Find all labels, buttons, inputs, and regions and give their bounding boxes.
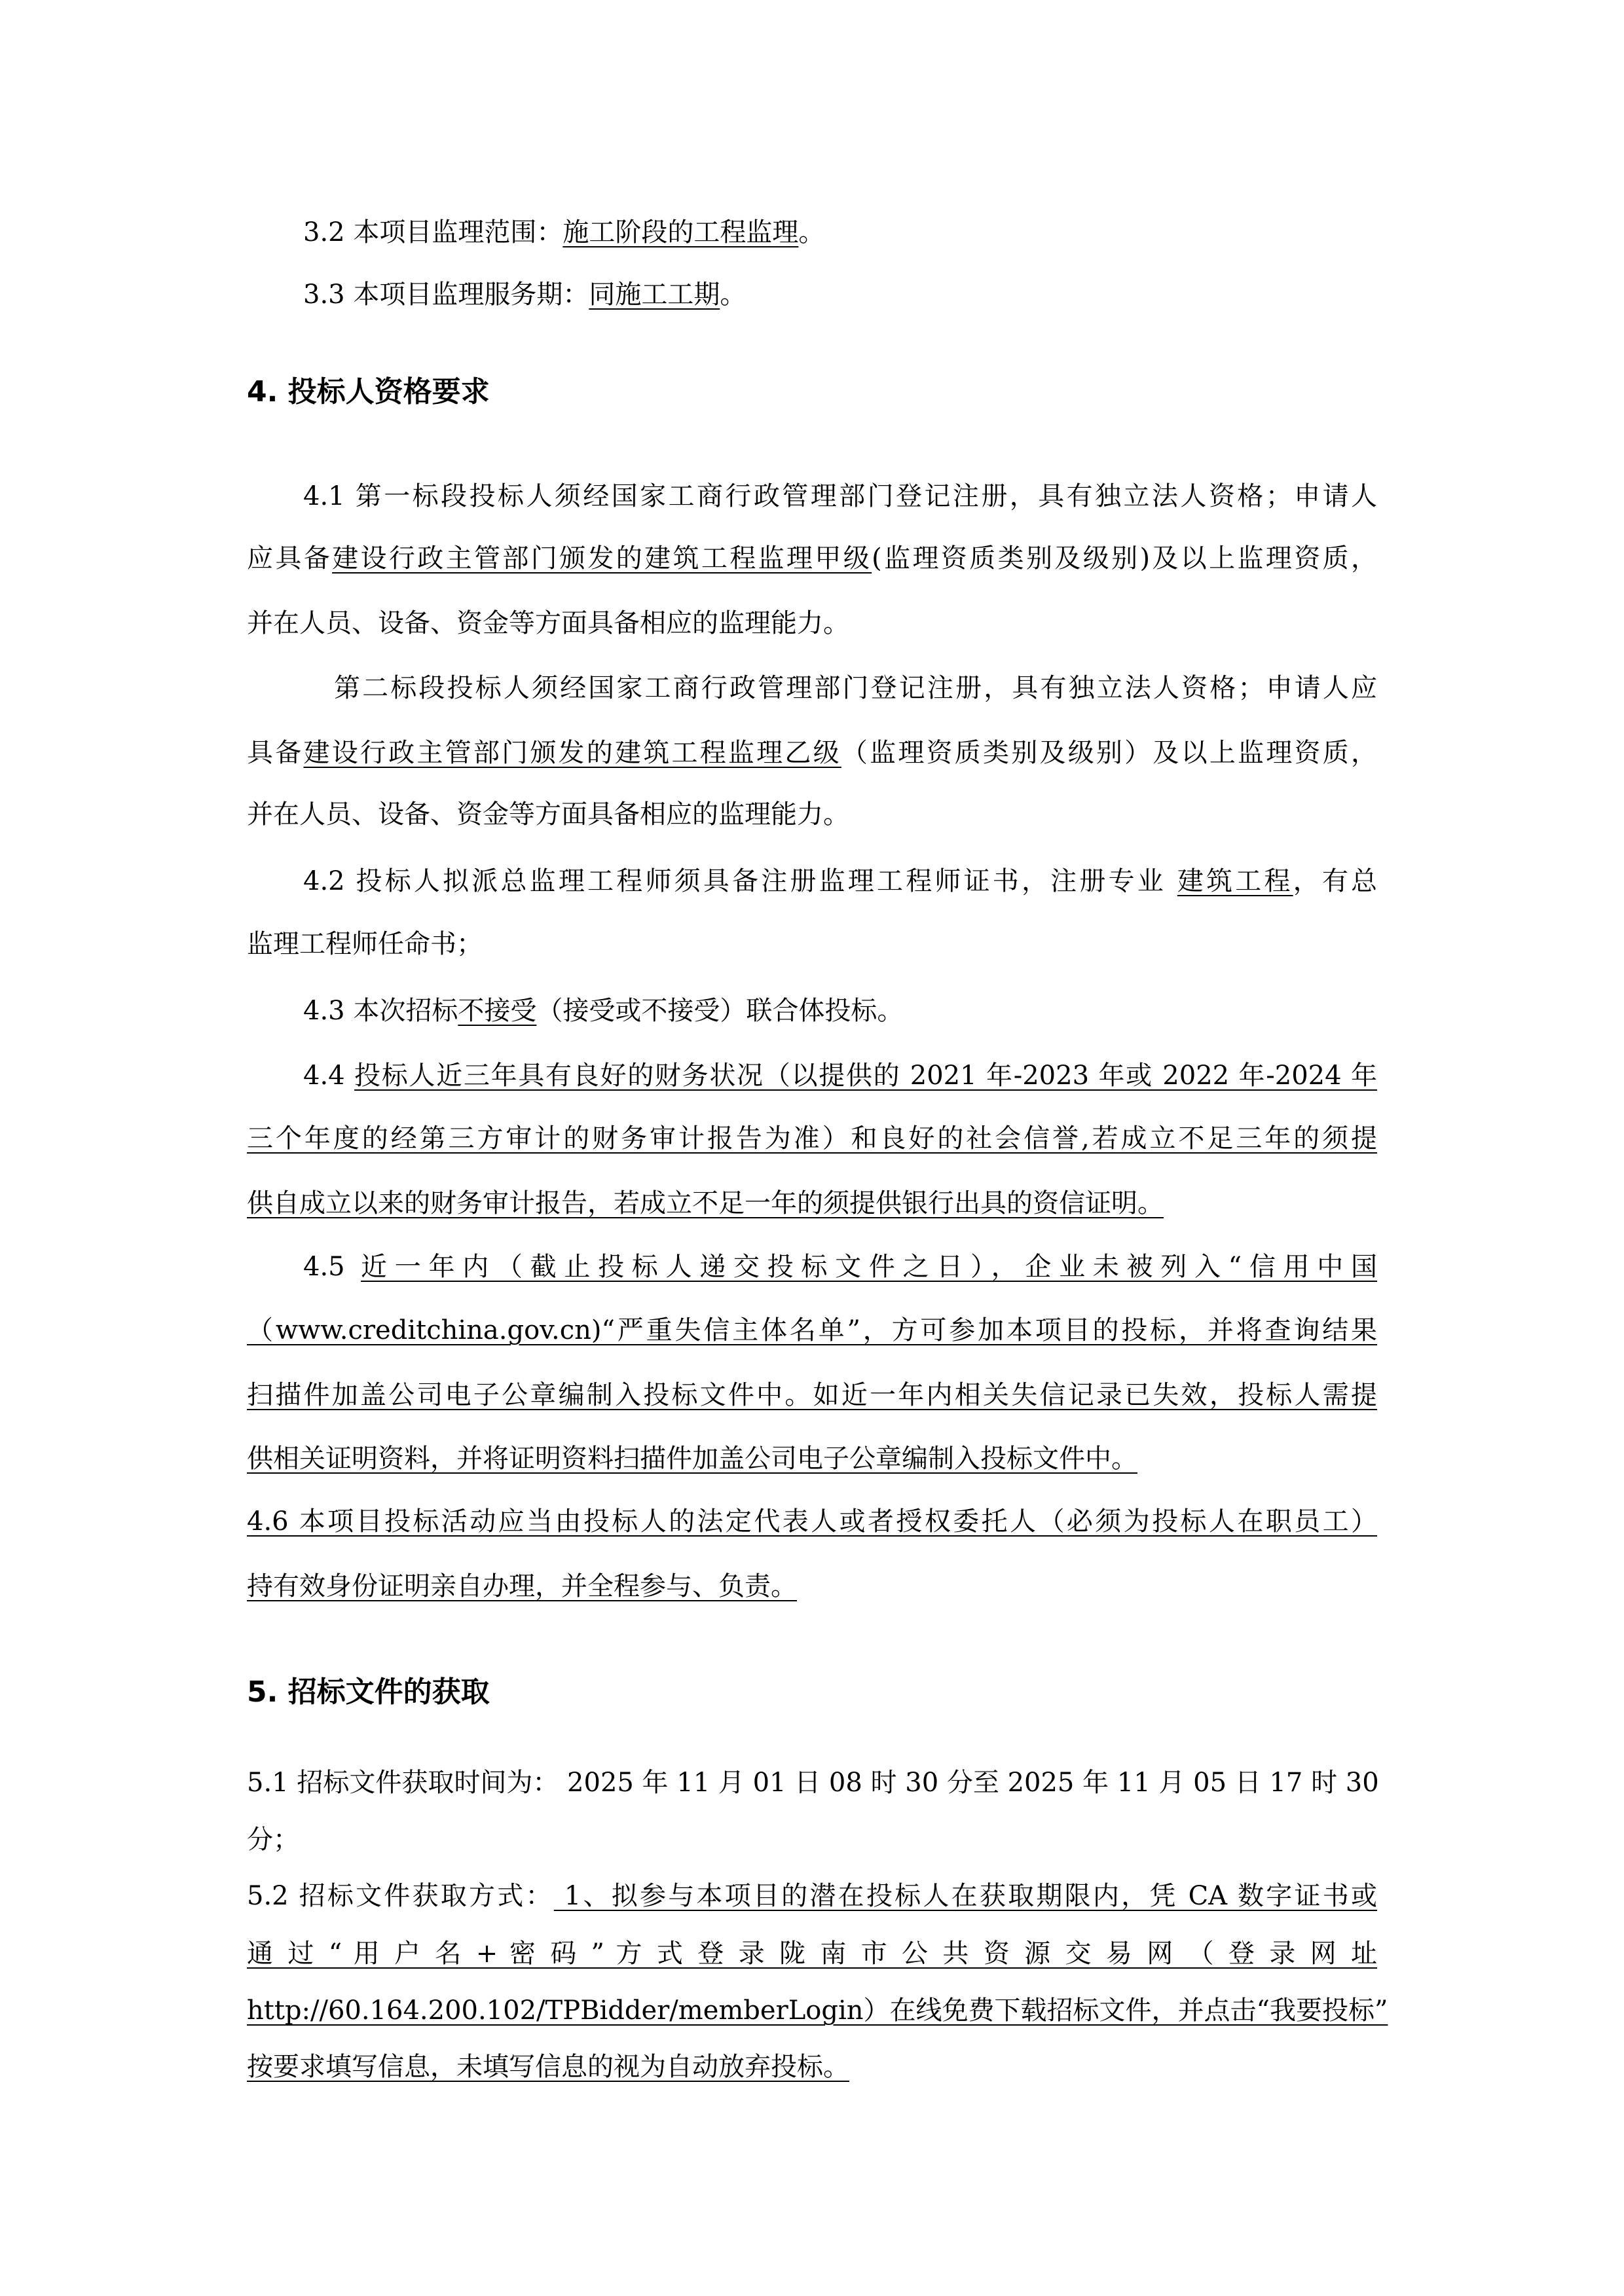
item-4-6-line-2: 持有效身份证明亲自办理，并全程参与、负责。: [247, 1567, 1377, 1606]
item-5-2-line-4: 按要求填写信息，未填写信息的视为自动放弃投标。: [247, 2047, 1377, 2086]
item-4-6-line-1: 4.6 本项目投标活动应当由投标人的法定代表人或者授权委托人（必须为投标人在职员…: [247, 1502, 1377, 1541]
item-4-1-line-6: 并在人员、设备、资金等方面具备相应的监理能力。: [247, 795, 1377, 834]
item-5-2-line-3-login-url[interactable]: http://60.164.200.102/TPBidder/memberLog…: [247, 1991, 1377, 2030]
item-5-1-line-2: 分；: [247, 1820, 1377, 1859]
item-4-2-line-2: 监理工程师任命书；: [247, 924, 1377, 964]
item-5-2-line-2: 通 过 “ 用 户 名 + 密 码 ” 方 式 登 录 陇 南 市 公 共 资 …: [247, 1934, 1377, 1973]
item-3-3-suffix: 。: [720, 280, 746, 310]
item-4-1-line-5-suffix: （监理资质类别及级别）及以上监理资质，: [841, 738, 1377, 768]
item-4-4-text-1: 投标人近三年具有良好的财务状况（以提供的 2021 年-2023 年或 2022…: [354, 1061, 1377, 1091]
item-4-1-qualification-2: 建设行政主管部门颁发的建筑工程监理乙级: [303, 738, 841, 768]
item-4-3: 4.3 本次招标不接受（接受或不接受）联合体投标。: [303, 991, 1377, 1030]
item-5-2-label: 5.2 招标文件获取方式：: [247, 1881, 554, 1911]
item-4-5-line-4: 供相关证明资料，并将证明资料扫描件加盖公司电子公章编制入投标文件中。: [247, 1439, 1377, 1478]
item-4-2-specialty: 建筑工程: [1177, 866, 1293, 896]
item-4-4-label: 4.4: [303, 1061, 354, 1091]
item-4-3-suffix: （接受或不接受）联合体投标。: [536, 996, 903, 1026]
item-4-2-line-1: 4.2 投标人拟派总监理工程师须具备注册监理工程师证书，注册专业 建筑工程，有总: [303, 862, 1377, 901]
item-3-2-label: 3.2 本项目监理范围：: [303, 217, 563, 247]
item-5-1-line-1: 5.1 招标文件获取时间为： 2025 年 11 月 01 日 08 时 30 …: [247, 1763, 1377, 1802]
item-5-2-text-1: 1、拟参与本项目的潜在投标人在获取期限内，凭 CA 数字证书或: [554, 1881, 1377, 1911]
section-5-heading: 5. 招标文件的获取: [247, 1673, 1377, 1712]
item-3-3: 3.3 本项目监理服务期：同施工工期。: [303, 275, 1377, 314]
item-5-2-line-1: 5.2 招标文件获取方式： 1、拟参与本项目的潜在投标人在获取期限内，凭 CA …: [247, 1876, 1377, 1916]
item-4-2-suffix: ，有总: [1293, 866, 1377, 896]
item-4-3-value: 不接受: [458, 996, 536, 1026]
item-4-4-line-2: 三个年度的经第三方审计的财务审计报告为准）和良好的社会信誉,若成立不足三年的须提: [247, 1119, 1377, 1158]
item-4-5-label: 4.5: [303, 1252, 361, 1282]
item-4-2-prefix: 4.2 投标人拟派总监理工程师须具备注册监理工程师证书，注册专业: [303, 866, 1177, 896]
item-4-4-line-3: 供自成立以来的财务审计报告，若成立不足一年的须提供银行出具的资信证明。: [247, 1184, 1377, 1223]
item-3-3-label: 3.3 本项目监理服务期：: [303, 280, 589, 310]
item-4-5-line-3: 扫描件加盖公司电子公章编制入投标文件中。如近一年内相关失信记录已失效，投标人需提: [247, 1376, 1377, 1415]
item-4-1-line-3: 并在人员、设备、资金等方面具备相应的监理能力。: [247, 604, 1377, 643]
item-4-1-line-5-prefix: 具备: [247, 738, 303, 768]
item-4-4-line-1: 4.4 投标人近三年具有良好的财务状况（以提供的 2021 年-2023 年或 …: [303, 1056, 1377, 1095]
item-4-5-line-2: （www.creditchina.gov.cn)“严重失信主体名单”，方可参加本…: [247, 1311, 1377, 1350]
item-4-3-prefix: 4.3 本次招标: [303, 996, 458, 1026]
item-4-1-line-2: 应具备建设行政主管部门颁发的建筑工程监理甲级(监理资质类别及级别)及以上监理资质…: [247, 539, 1377, 578]
item-4-1-line-2-suffix: (监理资质类别及级别)及以上监理资质，: [872, 543, 1377, 574]
item-3-2: 3.2 本项目监理范围：施工阶段的工程监理。: [303, 213, 1377, 252]
item-3-3-value: 同施工工期: [589, 280, 720, 310]
item-4-1-line-2-prefix: 应具备: [247, 543, 332, 574]
section-4-heading: 4. 投标人资格要求: [247, 373, 1377, 412]
item-4-1-line-1: 4.1 第一标段投标人须经国家工商行政管理部门登记注册，具有独立法人资格；申请人: [303, 477, 1377, 516]
item-4-5-line-1: 4.5 近一年内（截止投标人递交投标文件之日），企业未被列入“信用中国: [303, 1247, 1377, 1286]
item-4-1-line-5: 具备建设行政主管部门颁发的建筑工程监理乙级（监理资质类别及级别）及以上监理资质，: [247, 733, 1377, 773]
item-4-5-text-1: 近一年内（截止投标人递交投标文件之日），企业未被列入“信用中国: [361, 1252, 1377, 1282]
item-3-2-value: 施工阶段的工程监理: [563, 217, 798, 247]
item-4-1-line-4: 第二标段投标人须经国家工商行政管理部门登记注册，具有独立法人资格；申请人应: [334, 668, 1377, 708]
item-4-1-qualification: 建设行政主管部门颁发的建筑工程监理甲级: [332, 543, 872, 574]
item-3-2-suffix: 。: [798, 217, 824, 247]
